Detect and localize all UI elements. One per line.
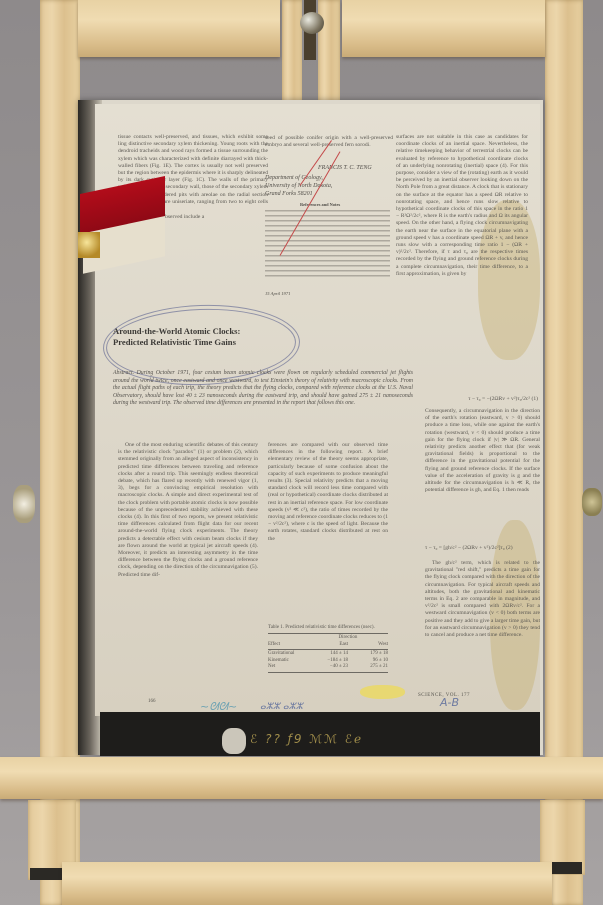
pen-scribble: ⴰⵣⵣ ⴰⵣⵣ [260,702,303,712]
wing-nut-right [582,488,602,516]
title-line: Around-the-World Atomic Clocks: [113,326,303,337]
spine-writing: ℰ ?? ƒ9 ℳℳ ℰℯ [250,732,363,746]
equation-1: τ − τ₀ = −(2ΩRv + v²)τ₀/2c² (1) [428,396,538,404]
paragraph: The gh/c² term, which is related to the … [425,560,540,639]
easel-ledge [0,757,603,799]
spine-scuff [222,728,246,754]
wing-nut-left [13,485,35,523]
article-title: Around-the-World Atomic Clocks: Predicte… [113,326,303,348]
easel-center-post-left [282,0,302,110]
title-line: Predicted Relativistic Time Gains [113,337,303,348]
table-header: West [348,642,388,649]
water-stain [360,685,405,699]
column-top-middle: seed of possible conifer origin with a w… [265,135,393,165]
easel-adjust-knob [300,12,324,34]
table-header: East [308,642,348,649]
easel-top-bar-right [342,0,545,57]
equation-2: τ − τ₀ = [gh/c² − (2ΩRv + v²)/2c²]τ₀ (2) [425,545,537,553]
article-abstract: Abstract. During October 1971, four cesi… [113,370,413,408]
author-name: FRANCIS T. C. TENG [318,164,372,172]
table-caption: Table 1. Predicted relativistic time dif… [268,625,388,631]
column-right-bottom: The gh/c² term, which is related to the … [425,560,540,688]
affiliation-line: Grand Forks 58201 [265,190,332,198]
references-list [265,210,390,280]
paragraph: One of the most enduring scientific deba… [118,442,258,579]
easel-base-bar [62,862,552,905]
table-row: Net−40 ± 23275 ± 21 [268,664,388,671]
received-date: 15 April 1971 [265,290,290,298]
easel-top-bar-left [78,0,280,57]
column-bottom-left: One of the most enduring scientific deba… [118,442,258,692]
paragraph: Consequently, a circumnavigation in the … [425,408,540,494]
table-header: Effect [268,642,308,649]
column-bottom-middle: ferences are compared with our observed … [268,442,388,594]
paragraph: ferences are compared with our observed … [268,442,388,543]
author-affiliation: Department of Geology, University of Nor… [265,174,332,198]
margin-note: A-B [440,696,459,709]
gold-foil-seal [78,232,100,258]
page-number: 166 [148,699,156,704]
predicted-time-table: Table 1. Predicted relativistic time dif… [268,625,388,674]
paragraph: surfaces are not suitable in this case a… [396,134,528,278]
column-right-middle: Consequently, a circumnavigation in the … [425,408,540,532]
column-top-right: surfaces are not suitable in this case a… [396,134,528,374]
table-header-row: Effect East West [268,642,388,649]
